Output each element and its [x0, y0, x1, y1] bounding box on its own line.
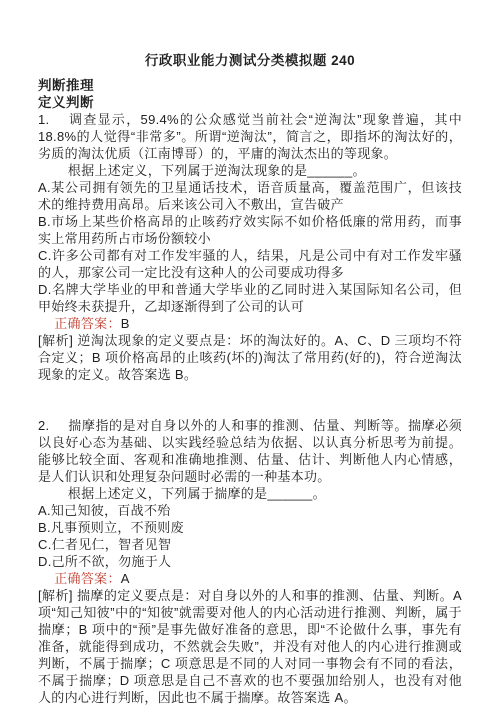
question-1-answer-value: B [121, 316, 130, 331]
question-2-answer-value: A [121, 571, 130, 586]
question-1-stem-paragraph: 1.调查显示，59.4%的公众感觉当前社会“逆淘汰”现象普遍，其中 18.8%的… [38, 111, 462, 162]
question-1-option-c: C.许多公司都有对工作发牢骚的人，结果，凡是公司中有对工作发牢骚的人，那家公司一… [38, 247, 462, 281]
question-2-answer-line: 正确答案：A [38, 570, 462, 587]
question-1-analysis-paragraph: [解析]逆淘汰现象的定义要点是：坏的淘汰好的。A、C、D 三项均不符合定义；B … [38, 332, 462, 383]
subsection-heading: 定义判断 [38, 94, 462, 111]
question-2-number: 2. [38, 417, 68, 434]
document-title: 行政职业能力测试分类模拟题 240 [38, 52, 462, 69]
question-2-stem-paragraph: 2.揣摩指的是对自身以外的人和事的推测、估量、判断等。揣摩必须以良好心态为基础、… [38, 417, 462, 485]
question-1: 1.调查显示，59.4%的公众感觉当前社会“逆淘汰”现象普遍，其中 18.8%的… [38, 111, 462, 383]
section-heading: 判断推理 [38, 77, 462, 94]
question-1-prompt: 根据上述定义，下列属于逆淘汰现象的是______。 [38, 162, 462, 179]
question-2-analysis-text: 揣摩的定义要点是：对自身以外的人和事的推测、估量、判断。A 项“知己知彼”中的“… [38, 588, 462, 705]
question-1-answer-line: 正确答案：B [38, 315, 462, 332]
question-2-prompt: 根据上述定义，下列属于揣摩的是______。 [38, 485, 462, 502]
question-2-analysis-label: [解析] [38, 588, 73, 603]
question-1-number: 1. [38, 111, 68, 128]
document-page: 行政职业能力测试分类模拟题 240 判断推理 定义判断 1.调查显示，59.4%… [0, 0, 500, 707]
question-2-answer-label: 正确答案： [54, 571, 121, 586]
question-1-answer-label: 正确答案： [54, 316, 121, 331]
question-1-stem: 调查显示，59.4%的公众感觉当前社会“逆淘汰”现象普遍，其中 18.8%的人觉… [38, 112, 462, 161]
question-1-analysis-label: [解析] [38, 333, 73, 348]
question-2-stem: 揣摩指的是对自身以外的人和事的推测、估量、判断等。揣摩必须以良好心态为基础、以实… [38, 418, 462, 484]
question-2-analysis-paragraph: [解析]揣摩的定义要点是：对自身以外的人和事的推测、估量、判断。A 项“知己知彼… [38, 587, 462, 706]
question-2-option-b: B.凡事预则立，不预则废 [38, 519, 462, 536]
question-1-option-d: D.名牌大学毕业的甲和普通大学毕业的乙同时进入某国际知名公司，但甲始终未获提升，… [38, 281, 462, 315]
question-1-option-b: B.市场上某些价格高昂的止咳药疗效实际不如价格低廉的常用药，而事实上常用药所占市… [38, 213, 462, 247]
question-1-option-a: A.某公司拥有领先的卫星通话技术，语音质量高，覆盖范围广，但该技术的维持费用高昂… [38, 179, 462, 213]
question-1-analysis-text: 逆淘汰现象的定义要点是：坏的淘汰好的。A、C、D 三项均不符合定义；B 项价格高… [38, 333, 462, 382]
question-2-option-c: C.仁者见仁，智者见智 [38, 536, 462, 553]
question-2-option-d: D.己所不欲，勿施于人 [38, 553, 462, 570]
question-2: 2.揣摩指的是对自身以外的人和事的推测、估量、判断等。揣摩必须以良好心态为基础、… [38, 417, 462, 706]
question-2-option-a: A.知己知彼，百战不殆 [38, 502, 462, 519]
